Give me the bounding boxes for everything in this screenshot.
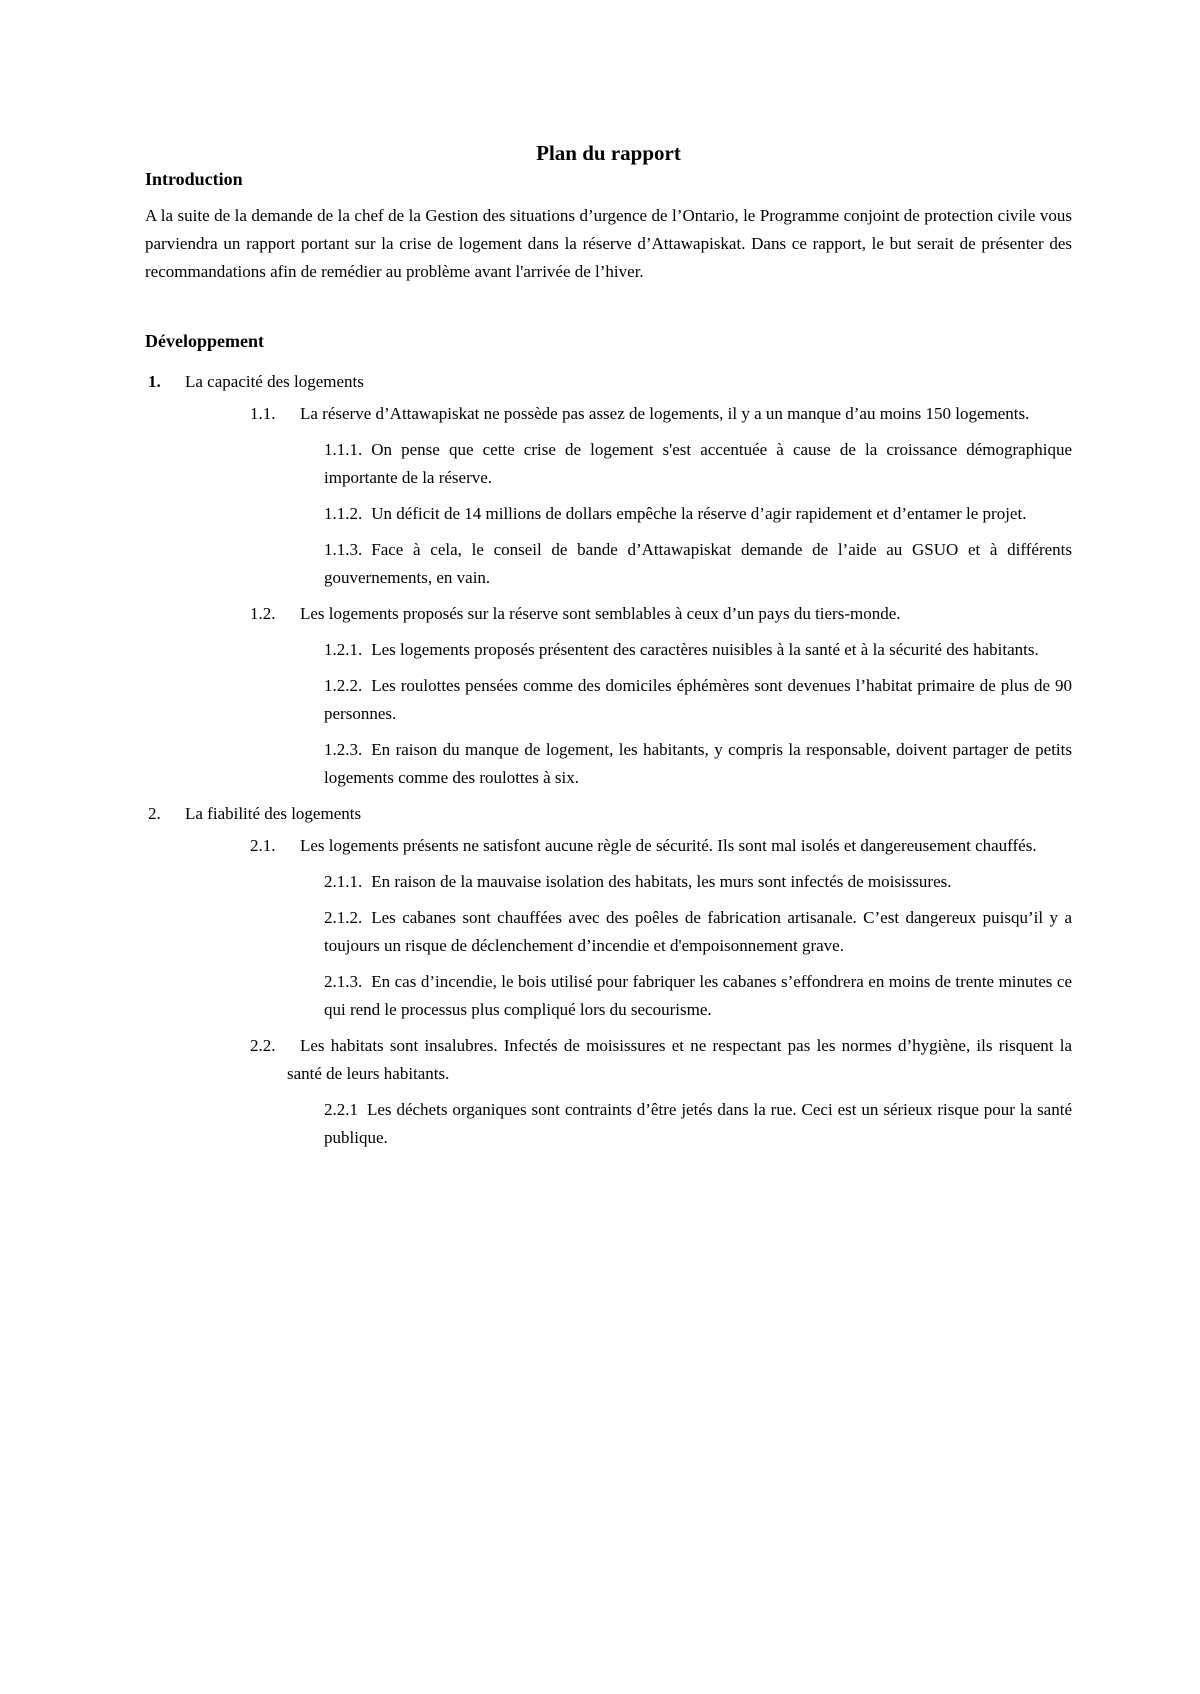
outline-text: En cas d’incendie, le bois utilisé pour … [324,972,1072,1019]
outline-text: La fiabilité des logements [185,804,361,823]
outline-number: 1.2.2. [324,676,362,695]
outline-item-1-2-3: 1.2.3.En raison du manque de logement, l… [145,736,1072,792]
outline-item-2-2: 2.2.Les habitats sont insalubres. Infect… [145,1032,1072,1088]
outline-number: 1.1.2. [324,504,362,523]
outline-text: La réserve d’Attawapiskat ne possède pas… [300,404,1029,423]
outline-text: Les cabanes sont chauffées avec des poêl… [324,908,1072,955]
outline-number: 1.1.3. [324,540,362,559]
outline-item-1-2-1: 1.2.1.Les logements proposés présentent … [145,636,1072,664]
outline-text: Les déchets organiques sont contraints d… [324,1100,1072,1147]
outline-number: 2.1. [250,832,300,860]
outline-number: 1. [148,368,185,396]
outline-item-2-2-1: 2.2.1Les déchets organiques sont contrai… [145,1096,1072,1152]
outline-text: On pense que cette crise de logement s'e… [324,440,1072,487]
outline-text: Un déficit de 14 millions de dollars emp… [371,504,1026,523]
outline-number: 1.1.1. [324,440,362,459]
outline-item-1-1: 1.1.La réserve d’Attawapiskat ne possède… [145,400,1072,428]
outline-item-1: 1.La capacité des logements [145,368,1072,396]
outline-number: 1.2.3. [324,740,362,759]
outline-item-2-1-3: 2.1.3.En cas d’incendie, le bois utilisé… [145,968,1072,1024]
document-title: Plan du rapport [145,140,1072,166]
outline-item-1-1-2: 1.1.2.Un déficit de 14 millions de dolla… [145,500,1072,528]
outline-text: Les logements proposés présentent des ca… [371,640,1038,659]
outline-text: En raison du manque de logement, les hab… [324,740,1072,787]
outline-item-1-1-3: 1.1.3.Face à cela, le conseil de bande d… [145,536,1072,592]
outline-text: En raison de la mauvaise isolation des h… [371,872,951,891]
outline-item-1-2-2: 1.2.2.Les roulottes pensées comme des do… [145,672,1072,728]
outline-item-1-1-1: 1.1.1.On pense que cette crise de logeme… [145,436,1072,492]
document-page: Plan du rapport Introduction A la suite … [0,0,1200,1694]
outline-text: Les roulottes pensées comme des domicile… [324,676,1072,723]
outline-item-1-2: 1.2.Les logements proposés sur la réserv… [145,600,1072,628]
outline-text: Les logements présents ne satisfont aucu… [300,836,1037,855]
outline-text: Les logements proposés sur la réserve so… [300,604,901,623]
outline-number: 2.2. [250,1032,300,1060]
report-outline: 1.La capacité des logements 1.1.La réser… [145,368,1072,1152]
outline-item-2: 2.La fiabilité des logements [145,800,1072,828]
outline-number: 2.2.1 [324,1100,358,1119]
outline-number: 2.1.3. [324,972,362,991]
outline-item-2-1: 2.1.Les logements présents ne satisfont … [145,832,1072,860]
outline-number: 1.2. [250,600,300,628]
outline-number: 1.1. [250,400,300,428]
outline-number: 2.1.1. [324,872,362,891]
outline-number: 1.2.1. [324,640,362,659]
introduction-paragraph: A la suite de la demande de la chef de l… [145,202,1072,286]
outline-number: 2. [148,800,185,828]
outline-text: Face à cela, le conseil de bande d’Attaw… [324,540,1072,587]
development-heading: Développement [145,328,1072,354]
outline-item-2-1-1: 2.1.1.En raison de la mauvaise isolation… [145,868,1072,896]
outline-text: La capacité des logements [185,372,364,391]
outline-item-2-1-2: 2.1.2.Les cabanes sont chauffées avec de… [145,904,1072,960]
introduction-heading: Introduction [145,166,1072,192]
outline-text: Les habitats sont insalubres. Infectés d… [287,1036,1072,1083]
outline-number: 2.1.2. [324,908,362,927]
